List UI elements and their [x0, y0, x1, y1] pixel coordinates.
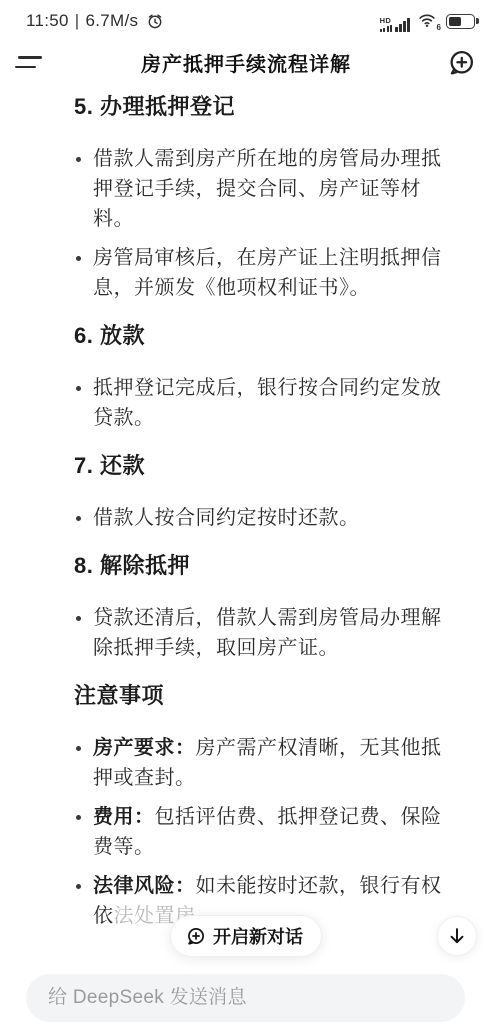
bullet-item: 抵押登记完成后，银行按合同约定发放贷款。 — [74, 373, 460, 433]
bullet-text: 借款人按合同约定按时还款。 — [93, 507, 360, 529]
header: 房产抵押手续流程详解 — [0, 38, 492, 86]
bullet-term: 费用： — [93, 806, 155, 828]
menu-icon — [18, 56, 42, 59]
deepseek-app-screen: 11:50 | 6.7M/s HD — [0, 0, 492, 1030]
bullet-text: 房管局审核后，在房产证上注明抵押信息，并颁发《他项权利证书》。 — [93, 247, 442, 299]
bullet-marker — [76, 386, 81, 391]
bullet-item: 房管局审核后，在房产证上注明抵押信息，并颁发《他项权利证书》。 — [74, 243, 460, 303]
bullet-marker — [76, 884, 81, 889]
bullet-item: 借款人需到房产所在地的房管局办理抵押登记手续，提交合同、房产证等材料。 — [74, 144, 460, 234]
hd-badge: HD — [380, 17, 391, 25]
battery-icon — [446, 14, 475, 29]
new-chat-button[interactable] — [444, 46, 478, 80]
new-chat-bubble-plus-icon — [446, 48, 476, 78]
section-notes: 注意事项 房产要求：房产需产权清晰，无其他抵押或查封。 费用：包括评估费、抵押登… — [74, 681, 460, 931]
status-bar: 11:50 | 6.7M/s HD — [0, 0, 492, 38]
section-release-mortgage: 8. 解除抵押 贷款还清后，借款人需到房管局办理解除抵押手续，取回房产证。 — [74, 551, 460, 663]
section-heading: 8. 解除抵押 — [74, 551, 460, 581]
message-input[interactable] — [26, 974, 465, 1022]
bullet-text: 贷款还清后，借款人需到房管局办理解除抵押手续，取回房产证。 — [93, 607, 442, 659]
section-register-mortgage: 5. 办理抵押登记 借款人需到房产所在地的房管局办理抵押登记手续，提交合同、房产… — [74, 92, 460, 303]
status-right: HD 6 — [380, 10, 479, 32]
alarm-clock-icon — [146, 12, 164, 30]
bullet-text: 抵押登记完成后，银行按合同约定发放贷款。 — [93, 377, 442, 429]
section-heading: 6. 放款 — [74, 321, 460, 351]
new-chat-bubble-plus-icon — [185, 926, 206, 947]
arrow-down-icon — [446, 925, 468, 947]
scroll-to-bottom-button[interactable] — [437, 916, 477, 956]
bullet-item: 贷款还清后，借款人需到房管局办理解除抵押手续，取回房产证。 — [74, 603, 460, 663]
bullet-item: 借款人按合同约定按时还款。 — [74, 503, 460, 533]
section-heading: 7. 还款 — [74, 451, 460, 481]
start-new-chat-button[interactable]: 开启新对话 — [170, 915, 322, 957]
wifi-6-badge: 6 — [437, 23, 441, 32]
bullet-marker — [76, 516, 81, 521]
bullet-term: 房产要求： — [93, 737, 196, 759]
status-network-speed: 6.7M/s — [86, 11, 139, 31]
bullet-marker — [76, 616, 81, 621]
section-heading: 注意事项 — [74, 681, 460, 711]
chat-message-content: 5. 办理抵押登记 借款人需到房产所在地的房管局办理抵押登记手续，提交合同、房产… — [0, 86, 492, 970]
composer-bar — [26, 974, 465, 1022]
bullet-term: 法律风险： — [93, 875, 196, 897]
sidebar-menu-button[interactable] — [15, 50, 45, 74]
section-heading: 5. 办理抵押登记 — [74, 92, 460, 122]
section-repayment: 7. 还款 借款人按合同约定按时还款。 — [74, 451, 460, 533]
bullet-marker — [76, 815, 81, 820]
bullet-item: 费用：包括评估费、抵押登记费、保险费等。 — [74, 802, 460, 862]
bullet-marker — [76, 256, 81, 261]
bullet-item: 房产要求：房产需产权清晰，无其他抵押或查封。 — [74, 733, 460, 793]
page-title: 房产抵押手续流程详解 — [60, 38, 432, 86]
status-divider: | — [74, 11, 81, 31]
wifi-icon: 6 — [417, 12, 439, 30]
bullet-text: 借款人需到房产所在地的房管局办理抵押登记手续，提交合同、房产证等材料。 — [93, 148, 442, 230]
status-time: 11:50 — [26, 11, 69, 31]
start-new-chat-label: 开启新对话 — [213, 923, 303, 949]
bullet-marker — [76, 157, 81, 162]
section-loan-release: 6. 放款 抵押登记完成后，银行按合同约定发放贷款。 — [74, 321, 460, 433]
bullet-marker — [76, 746, 81, 751]
status-left: 11:50 | 6.7M/s — [26, 11, 164, 31]
cellular-signal-icon: HD — [380, 10, 410, 32]
